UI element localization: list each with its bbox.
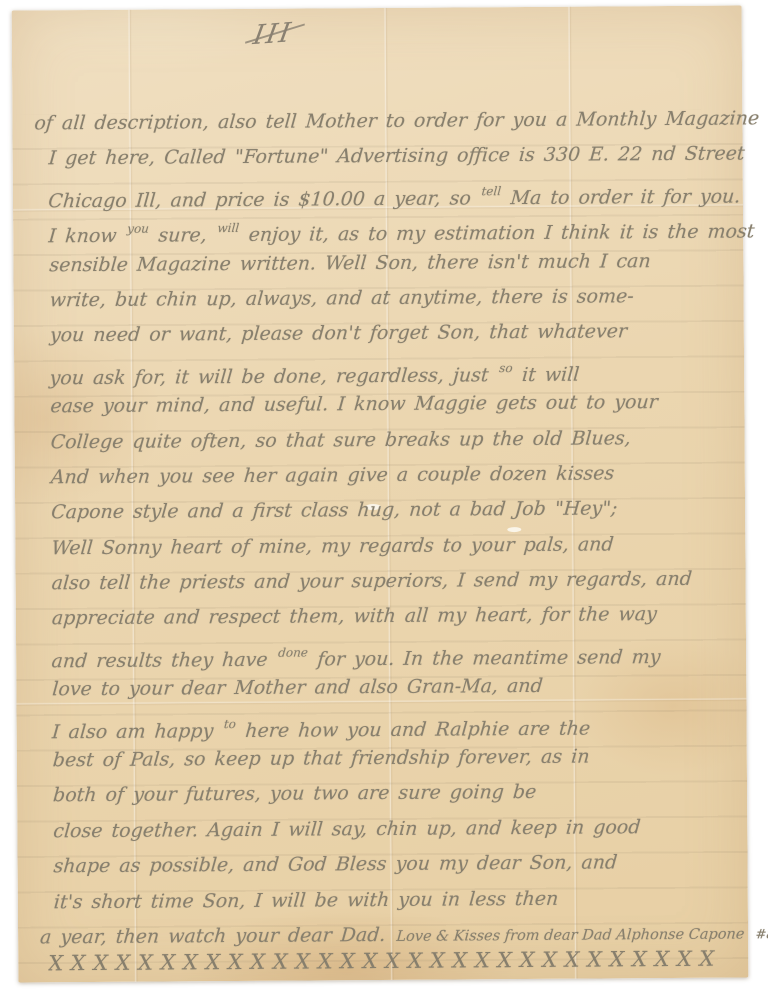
signature: Love & Kisses from dear Dad Alphonse Cap… bbox=[396, 926, 745, 944]
letter-page: III of all description, also tell Mother… bbox=[12, 5, 749, 982]
letter-line: ease your mind, and useful. I know Maggi… bbox=[35, 385, 736, 425]
letter-line: I get here, Called "Fortune" Advertising… bbox=[33, 137, 734, 177]
letter-line: shape as possible, and God Bless you my … bbox=[38, 845, 739, 885]
letter-line: appreciate and respect them, with all my… bbox=[36, 597, 737, 637]
letter-line: and results they have done for you. In t… bbox=[37, 632, 738, 672]
closing-text: a year, then watch your dear Dad. bbox=[39, 924, 386, 948]
letter-line: I also am happy to here how you and Ralp… bbox=[37, 703, 738, 743]
letter-line: I know you sure, will enjoy it, as to my… bbox=[34, 208, 735, 248]
inserted-word: you bbox=[127, 222, 150, 236]
inserted-word: to bbox=[223, 717, 236, 731]
inserted-word: done bbox=[278, 645, 309, 659]
letter-line: it's short time Son, I will be with you … bbox=[38, 880, 739, 920]
letter-line: And when you see her again give a couple… bbox=[35, 455, 736, 495]
letter-line: you need or want, please don't forget So… bbox=[34, 314, 735, 354]
inserted-word: so bbox=[499, 361, 514, 375]
prisoner-number: #85 bbox=[755, 927, 768, 942]
letter-line: also tell the priests and your superiors… bbox=[36, 562, 737, 602]
letter-line: close together. Again I will say, chin u… bbox=[38, 809, 739, 849]
letter-line: College quite often, so that sure breaks… bbox=[35, 420, 736, 460]
letter-line: you ask for, it will be done, regardless… bbox=[35, 349, 736, 389]
letter-line: love to your dear Mother and also Gran-M… bbox=[37, 668, 738, 708]
inserted-word: tell bbox=[481, 184, 502, 198]
letter-line: Well Sonny heart of mine, my regards to … bbox=[36, 526, 737, 566]
letter-line: write, but chin up, always, and at anyti… bbox=[34, 278, 735, 318]
page-number: III bbox=[251, 17, 295, 51]
letter-line: best of Pals, so keep up that friendship… bbox=[37, 739, 738, 779]
letter-line: both of your futures, you two are sure g… bbox=[38, 774, 739, 814]
letter-line: Chicago Ill, and price is $10.00 a year,… bbox=[33, 172, 734, 212]
letter-line: Capone style and a first class hug, not … bbox=[36, 491, 737, 531]
kisses-row: XXXXXXXXXXXXXXXXXXXXXXXXXXXXXX bbox=[48, 946, 742, 975]
inserted-word: will bbox=[217, 221, 240, 235]
letter-line: sensible Magazine written. Well Son, the… bbox=[34, 243, 735, 283]
letter-line: of all description, also tell Mother to … bbox=[33, 102, 734, 142]
letter-lines: of all description, also tell Mother to … bbox=[34, 102, 738, 921]
